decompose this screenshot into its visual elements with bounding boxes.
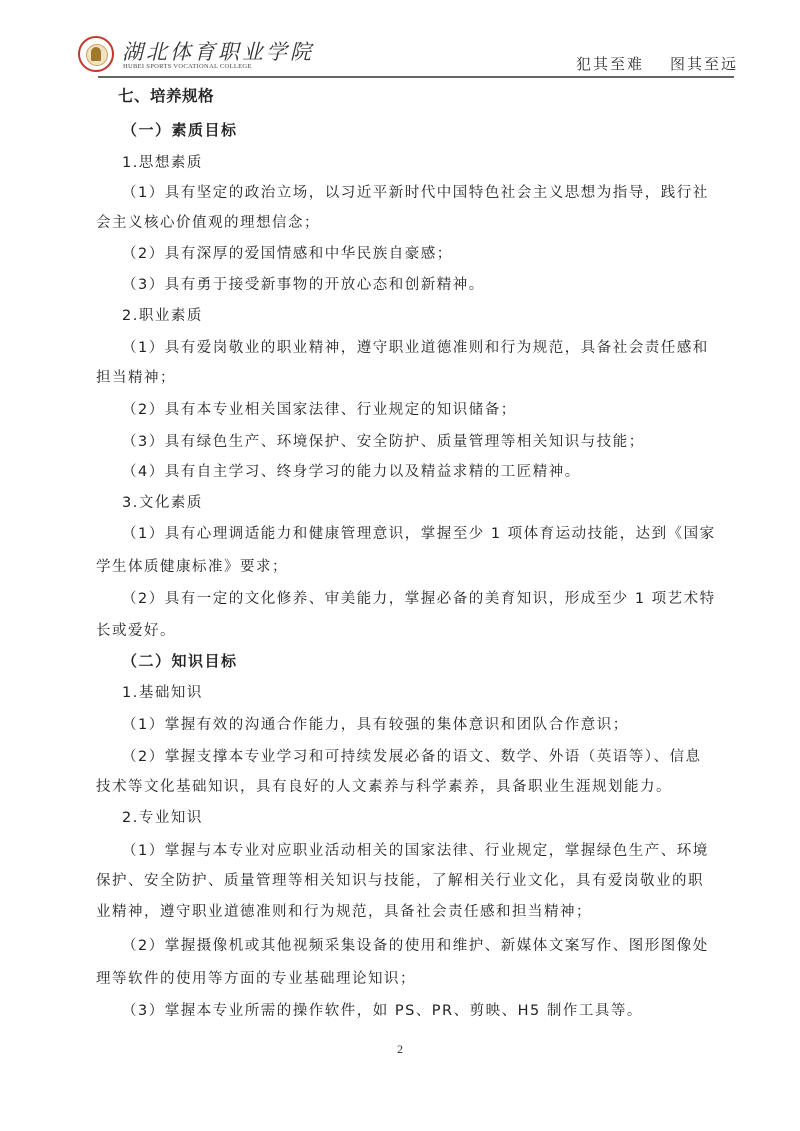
list-item: （2）具有深厚的爱国情感和中华民族自豪感； <box>122 242 453 263</box>
list-item-continuation: 保护、安全防护、质量管理等相关知识与技能，了解相关行业文化，具有爱岗敬业的职 <box>96 869 704 890</box>
group-title: 3.文化素质 <box>122 491 203 512</box>
college-seal-icon <box>78 36 114 72</box>
motto: 犯其至难图其至远 <box>576 53 738 74</box>
group-title: 1.基础知识 <box>122 681 203 702</box>
list-item: （1）掌握与本专业对应职业活动相关的国家法律、行业规定，掌握绿色生产、环境 <box>122 839 709 860</box>
list-item: （3）具有勇于接受新事物的开放心态和创新精神。 <box>122 273 485 294</box>
list-item: （1）具有心理调适能力和健康管理意识，掌握至少 1 项体育运动技能，达到《国家 <box>122 522 716 543</box>
list-item-continuation: 长或爱好。 <box>96 619 176 640</box>
list-item-continuation: 学生体质健康标准》要求； <box>96 555 288 576</box>
page-header: 湖北体育职业学院 HUBEI SPORTS VOCATIONAL COLLEGE… <box>78 36 738 76</box>
list-item: （2）掌握支撑本专业学习和可持续发展必备的语文、数学、外语（英语等）、信息 <box>122 745 701 766</box>
motto-part-2: 图其至远 <box>670 55 738 73</box>
section-title: 七、培养规格 <box>118 84 214 106</box>
list-item: （4）具有自主学习、终身学习的能力以及精益求精的工匠精神。 <box>122 460 581 481</box>
list-item: （2）具有一定的文化修养、审美能力，掌握必备的美育知识，形成至少 1 项艺术特 <box>122 587 716 608</box>
list-item-continuation: 担当精神； <box>96 366 176 387</box>
group-title: 1.思想素质 <box>122 151 203 172</box>
list-item: （2）具有本专业相关国家法律、行业规定的知识储备； <box>122 398 517 419</box>
list-item: （1）具有坚定的政治立场，以习近平新时代中国特色社会主义思想为指导，践行社 <box>122 181 709 202</box>
school-name-cn: 湖北体育职业学院 <box>122 36 314 66</box>
school-name-en: HUBEI SPORTS VOCATIONAL COLLEGE <box>123 63 252 70</box>
list-item-continuation: 会主义核心价值观的理想信念； <box>96 211 320 232</box>
header-divider <box>98 76 734 78</box>
list-item: （3）具有绿色生产、环境保护、安全防护、质量管理等相关知识与技能； <box>122 430 645 451</box>
list-item: （1）具有爱岗敬业的职业精神，遵守职业道德准则和行为规范，具备社会责任感和 <box>122 336 709 357</box>
list-item: （2）掌握摄像机或其他视频采集设备的使用和维护、新媒体文案写作、图形图像处 <box>122 934 709 955</box>
seal-building <box>91 47 101 61</box>
motto-part-1: 犯其至难 <box>576 55 644 73</box>
subsection-title: （二）知识目标 <box>122 650 238 671</box>
group-title: 2.职业素质 <box>122 304 203 325</box>
subsection-title: （一）素质目标 <box>122 119 238 140</box>
list-item: （3）掌握本专业所需的操作软件，如 PS、PR、剪映、H5 制作工具等。 <box>122 999 643 1020</box>
list-item: （1）掌握有效的沟通合作能力，具有较强的集体意识和团队合作意识； <box>122 713 629 734</box>
list-item-continuation: 技术等文化基础知识，具有良好的人文素养与科学素养，具备职业生涯规划能力。 <box>96 775 672 796</box>
list-item-continuation: 业精神，遵守职业道德准则和行为规范，具备社会责任感和担当精神； <box>96 900 592 921</box>
group-title: 2.专业知识 <box>122 806 203 827</box>
list-item-continuation: 理等软件的使用等方面的专业基础理论知识； <box>96 967 416 988</box>
page-number: 2 <box>0 1042 800 1057</box>
